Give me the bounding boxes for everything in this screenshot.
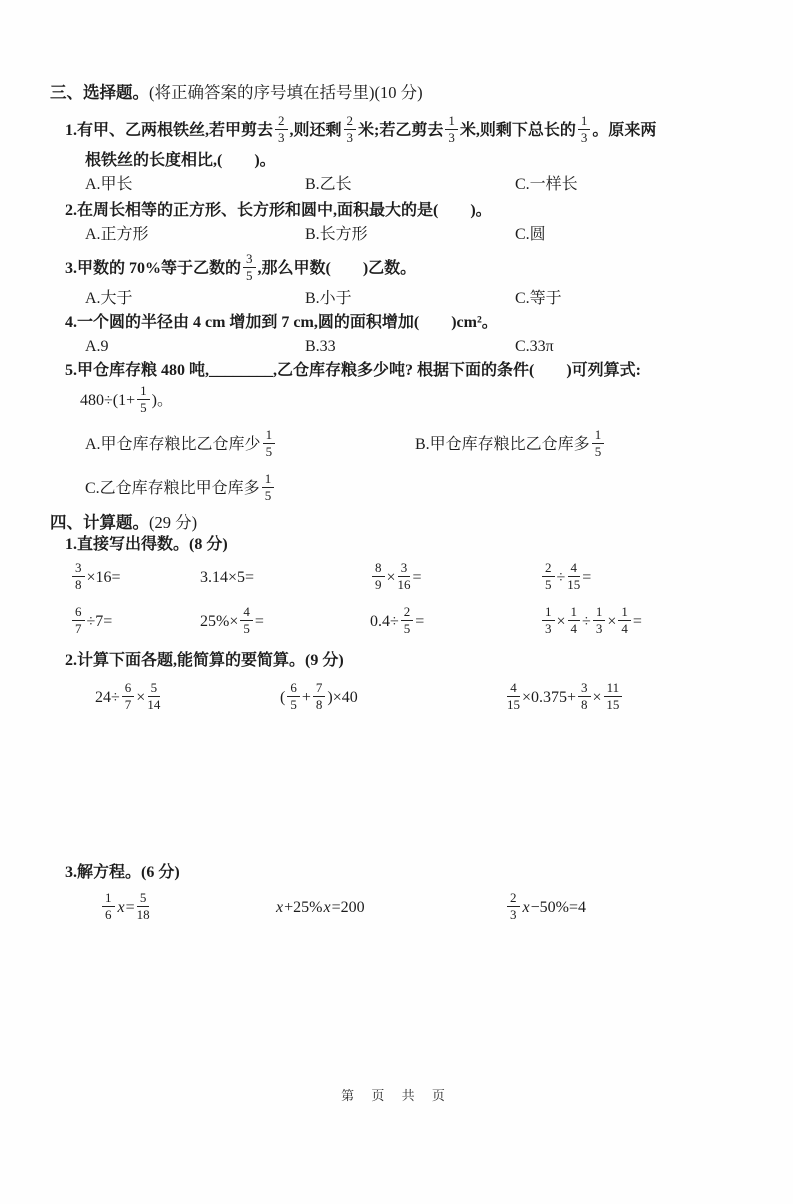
- section4-q3-title: 3.解方程。(6 分): [65, 862, 793, 884]
- fraction: 518: [137, 891, 150, 921]
- math-variable: x: [522, 899, 531, 916]
- fraction: 415: [567, 561, 580, 591]
- calc-expression: 24÷67×514: [95, 674, 280, 722]
- section3-title: 三、选择题。(将正确答案的序号填在括号里)(10 分): [50, 82, 793, 104]
- fraction: 13: [445, 114, 458, 144]
- section3-title-main: 三、选择题。: [50, 83, 149, 102]
- question-5-option-a: A.甲仓库存粮比乙仓库少15: [85, 426, 415, 464]
- question-3-options: A.大于 B.小于 C.等于: [85, 288, 793, 310]
- fraction: 415: [507, 681, 520, 711]
- question-5-expression: 480÷(1+15)。: [80, 382, 793, 420]
- question-4-option-c: C.33π: [515, 336, 793, 358]
- fraction: 13: [578, 114, 591, 144]
- question-2-option-a: A.正方形: [85, 224, 305, 246]
- question-1-option-b: B.乙长: [305, 174, 515, 196]
- section4-title-note: (29 分): [149, 513, 197, 532]
- question-2-option-b: B.长方形: [305, 224, 515, 246]
- calc-expression: 25÷415=: [540, 556, 793, 600]
- question-2-options: A.正方形 B.长方形 C.圆: [85, 224, 793, 246]
- section3-title-note: (将正确答案的序号填在括号里)(10 分): [149, 83, 423, 102]
- question-4-option-b: B.33: [305, 336, 515, 358]
- fraction: 15: [262, 472, 275, 502]
- fraction: 23: [275, 114, 288, 144]
- fraction: 15: [592, 428, 605, 458]
- calc-expression: 25%×45=: [200, 600, 370, 644]
- fraction: 67: [122, 681, 135, 711]
- fraction: 25: [401, 605, 414, 635]
- question-3-option-a: A.大于: [85, 288, 305, 310]
- math-variable: x: [275, 899, 284, 916]
- calc-expression: 415×0.375+38×1115: [505, 674, 793, 722]
- section4-q2-title: 2.计算下面各题,能简算的要简算。(9 分): [65, 650, 793, 672]
- question-1-option-c: C.一样长: [515, 174, 793, 196]
- question-5-option-b: B.甲仓库存粮比乙仓库多15: [415, 426, 793, 464]
- fraction: 38: [72, 561, 85, 591]
- fraction: 1115: [604, 681, 623, 711]
- fraction: 23: [507, 891, 520, 921]
- equation: 16x=518: [100, 884, 275, 932]
- question-2-option-c: C.圆: [515, 224, 793, 246]
- question-2-text: 2.在周长相等的正方形、长方形和圆中,面积最大的是( )。: [65, 200, 793, 222]
- fraction: 78: [313, 681, 326, 711]
- fraction: 38: [578, 681, 591, 711]
- simplify-calc-row: 24÷67×514 (65+78)×40 415×0.375+38×1115: [95, 674, 793, 722]
- fraction: 35: [243, 252, 256, 282]
- question-5-option-c: C.乙仓库存粮比甲仓库多15: [85, 470, 793, 508]
- calc-expression: 13×14÷13×14=: [540, 600, 793, 644]
- calc-expression: 38×16=: [70, 556, 200, 600]
- fraction: 514: [147, 681, 160, 711]
- fraction: 65: [287, 681, 300, 711]
- exam-paper-page: 三、选择题。(将正确答案的序号填在括号里)(10 分) 1.有甲、乙两根铁丝,若…: [0, 0, 793, 1204]
- fraction: 14: [568, 605, 581, 635]
- question-5-options-ab: A.甲仓库存粮比乙仓库少15 B.甲仓库存粮比乙仓库多15: [85, 426, 793, 464]
- fraction: 67: [72, 605, 85, 635]
- fraction: 25: [542, 561, 555, 591]
- section4-title-main: 四、计算题。: [50, 513, 149, 532]
- math-variable: x: [322, 899, 331, 916]
- calc-expression: 0.4÷25=: [370, 600, 540, 644]
- fraction: 16: [102, 891, 115, 921]
- question-4-option-a: A.9: [85, 336, 305, 358]
- equation: 23x−50%=4: [505, 884, 793, 932]
- question-3-text: 3.甲数的 70%等于乙数的35,那么甲数( )乙数。: [65, 250, 793, 288]
- fraction: 89: [372, 561, 385, 591]
- calc-expression: 89×316=: [370, 556, 540, 600]
- question-1-text-continued: 根铁丝的长度相比,( )。: [85, 150, 793, 172]
- fraction: 13: [593, 605, 606, 635]
- question-1-options: A.甲长 B.乙长 C.一样长: [85, 174, 793, 196]
- question-4-text: 4.一个圆的半径由 4 cm 增加到 7 cm,圆的面积增加( )cm²。: [65, 312, 793, 334]
- fraction: 316: [398, 561, 411, 591]
- fraction: 14: [618, 605, 631, 635]
- fraction: 45: [240, 605, 253, 635]
- calc-expression: (65+78)×40: [280, 674, 505, 722]
- direct-calc-row-2: 67÷7= 25%×45= 0.4÷25= 13×14÷13×14=: [70, 600, 793, 644]
- question-1-text: 1.有甲、乙两根铁丝,若甲剪去23,则还剩23米;若乙剪去13米,则剩下总长的1…: [65, 112, 793, 150]
- equations-row: 16x=518 x+25%x=200 23x−50%=4: [100, 884, 793, 932]
- fraction: 13: [542, 605, 555, 635]
- fraction: 15: [263, 428, 276, 458]
- page-footer: 第 页 共 页: [0, 1085, 793, 1104]
- section4-q1-title: 1.直接写出得数。(8 分): [65, 534, 793, 556]
- fraction: 23: [344, 114, 357, 144]
- question-3-option-c: C.等于: [515, 288, 793, 310]
- direct-calc-row-1: 38×16= 3.14×5= 89×316= 25÷415=: [70, 556, 793, 600]
- calc-expression: 67÷7=: [70, 600, 200, 644]
- equation: x+25%x=200: [275, 884, 505, 932]
- question-5-text: 5.甲仓库存粮 480 吨,________,乙仓库存粮多少吨? 根据下面的条件…: [65, 360, 793, 382]
- math-variable: x: [117, 899, 126, 916]
- fraction: 15: [137, 384, 150, 414]
- calc-expression: 3.14×5=: [200, 556, 370, 600]
- question-3-option-b: B.小于: [305, 288, 515, 310]
- question-4-options: A.9 B.33 C.33π: [85, 336, 793, 358]
- section4-title: 四、计算题。(29 分): [50, 512, 793, 534]
- question-1-option-a: A.甲长: [85, 174, 305, 196]
